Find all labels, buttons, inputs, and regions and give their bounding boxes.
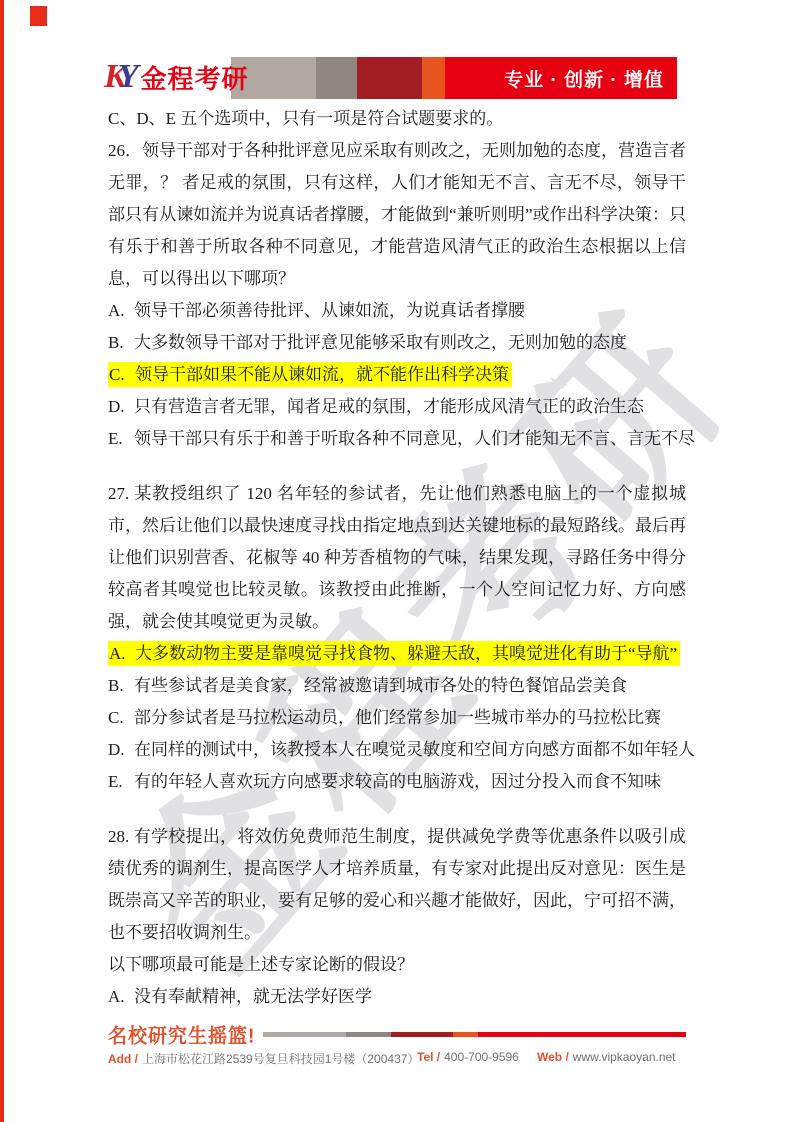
option-label: A. — [109, 638, 135, 670]
option-label: D. — [108, 734, 134, 766]
question-26-option-b: B.大多数领导干部对于批评意见能够采取有则改之，无则加勉的态度 — [108, 327, 686, 359]
option-text: 大多数领导干部对于批评意见能够采取有则改之，无则加勉的态度 — [134, 333, 627, 352]
brand-name: 金程考研 — [140, 59, 248, 96]
option-text: 只有营造言者无罪，闻者足戒的氛围，才能形成风清气正的政治生态 — [134, 397, 644, 416]
option-text: 部分参试者是马拉松运动员，他们经常参加一些城市举办的马拉松比赛 — [134, 708, 661, 727]
footer-top-row: 名校研究生摇篮! — [108, 1023, 686, 1045]
banner-segment-darkred — [357, 57, 422, 99]
footer-tel: Tel /400-700-9596 — [417, 1050, 519, 1064]
banner-segment-midgray — [316, 57, 357, 99]
footer-web-value: www.vipkaoyan.net — [573, 1050, 676, 1064]
question-28-option-a: A.没有奉献精神，就无法学好医学 — [108, 981, 686, 1013]
option-label: B. — [108, 670, 134, 702]
header-banner: 专业 · 创新 · 增值 — [231, 57, 677, 99]
option-label: A. — [108, 981, 134, 1013]
footer-bar-segment-red — [478, 1032, 686, 1037]
question-27-option-d: D.在同样的测试中，该教授本人在嗅觉灵敏度和空间方向感方面都不如年轻人 — [108, 734, 686, 766]
document-body: C、D、E 五个选项中，只有一项是符合试题要求的。 26．领导干部对于各种批评意… — [108, 103, 686, 1013]
option-text: 在同样的测试中，该教授本人在嗅觉灵敏度和空间方向感方面都不如年轻人 — [134, 740, 695, 759]
footer-bar-segment-midgray — [346, 1032, 391, 1037]
question-26-option-c-highlighted: C.领导干部如果不能从谏如流，就不能作出科学决策 — [108, 359, 686, 391]
option-text: 领导干部必须善待批评、从谏如流，为说真话者撑腰 — [134, 301, 525, 320]
option-label: E. — [108, 423, 134, 455]
option-label: A. — [108, 295, 134, 327]
option-label: D. — [108, 391, 134, 423]
question-28-followup: 以下哪项最可能是上述专家论断的假设？ — [108, 949, 686, 981]
question-28: 28. 有学校提出，将效仿免费师范生制度，提供减免学费等优惠条件以吸引成绩优秀的… — [108, 821, 686, 1013]
footer-web: Web /www.vipkaoyan.net — [537, 1050, 676, 1064]
question-27-option-e: E.有的年轻人喜欢玩方向感要求较高的电脑游戏，因过分投入而食不知味 — [108, 766, 686, 798]
header-logo: KY 金程考研 — [104, 54, 248, 100]
option-label: C. — [108, 702, 134, 734]
footer-bar — [263, 1032, 686, 1037]
question-28-stem: 28. 有学校提出，将效仿免费师范生制度，提供减免学费等优惠条件以吸引成绩优秀的… — [108, 821, 686, 949]
question-27-option-c: C.部分参试者是马拉松运动员，他们经常参加一些城市举办的马拉松比赛 — [108, 702, 686, 734]
footer: 名校研究生摇篮! Add /上海市松花江路2539号复旦科技园1号楼（20043… — [108, 1023, 686, 1066]
banner-slogan: 专业 · 创新 · 增值 — [504, 65, 664, 92]
option-text: 大多数动物主要是靠嗅觉寻找食物、躲避天敌，其嗅觉进化有助于“导航” — [135, 644, 677, 663]
footer-address: Add /上海市松花江路2539号复旦科技园1号楼（200437） — [108, 1050, 419, 1067]
question-26: 26．领导干部对于各种批评意见应采取有则改之，无则加勉的态度，营造言者无罪，？ … — [108, 135, 686, 455]
corner-marker — [30, 6, 47, 26]
footer-slogan: 名校研究生摇篮! — [108, 1020, 255, 1048]
footer-info-row: Add /上海市松花江路2539号复旦科技园1号楼（200437） Tel /4… — [108, 1050, 686, 1066]
question-26-stem: 26．领导干部对于各种批评意见应采取有则改之，无则加勉的态度，营造言者无罪，？ … — [108, 135, 686, 295]
footer-address-value: 上海市松花江路2539号复旦科技园1号楼（200437） — [142, 1052, 419, 1066]
option-text: 有的年轻人喜欢玩方向感要求较高的电脑游戏，因过分投入而食不知味 — [134, 772, 661, 791]
question-26-option-e: E.领导干部只有乐于和善于听取各种不同意见，人们才能知无不言、言无不尽 — [108, 423, 686, 455]
option-text: 领导干部只有乐于和善于听取各种不同意见，人们才能知无不言、言无不尽 — [134, 429, 695, 448]
option-text: 没有奉献精神，就无法学好医学 — [134, 987, 372, 1006]
footer-bar-segment-orange — [453, 1032, 478, 1037]
option-label: B. — [108, 327, 134, 359]
question-26-option-a: A.领导干部必须善待批评、从谏如流，为说真话者撑腰 — [108, 295, 686, 327]
question-27-stem: 27. 某教授组织了 120 名年轻的参试者，先让他们熟悉电脑上的一个虚拟城市，… — [108, 478, 686, 638]
footer-web-label: Web / — [537, 1050, 569, 1064]
banner-segment-red: 专业 · 创新 · 增值 — [445, 57, 677, 99]
option-text: 有些参试者是美食家，经常被邀请到城市各处的特色餐馆品尝美食 — [134, 676, 627, 695]
footer-tel-label: Tel / — [417, 1050, 440, 1064]
banner-segment-orange — [422, 57, 445, 99]
option-label: E. — [108, 766, 134, 798]
left-edge-stripe — [0, 0, 4, 1122]
option-text: 领导干部如果不能从谏如流，就不能作出科学决策 — [135, 365, 509, 384]
footer-address-label: Add / — [108, 1052, 138, 1066]
intro-line: C、D、E 五个选项中，只有一项是符合试题要求的。 — [108, 103, 686, 135]
footer-tel-value: 400-700-9596 — [444, 1050, 519, 1064]
question-27-option-a-highlighted: A.大多数动物主要是靠嗅觉寻找食物、躲避天敌，其嗅觉进化有助于“导航” — [108, 638, 686, 670]
option-label: C. — [109, 359, 135, 391]
footer-bar-segment-darkred — [391, 1032, 453, 1037]
question-26-option-d: D.只有营造言者无罪，闻者足戒的氛围，才能形成风清气正的政治生态 — [108, 391, 686, 423]
question-27: 27. 某教授组织了 120 名年轻的参试者，先让他们熟悉电脑上的一个虚拟城市，… — [108, 478, 686, 798]
question-27-option-b: B.有些参试者是美食家，经常被邀请到城市各处的特色餐馆品尝美食 — [108, 670, 686, 702]
footer-bar-segment-lightgray — [263, 1032, 346, 1037]
ky-logo-icon: KY — [104, 60, 138, 94]
